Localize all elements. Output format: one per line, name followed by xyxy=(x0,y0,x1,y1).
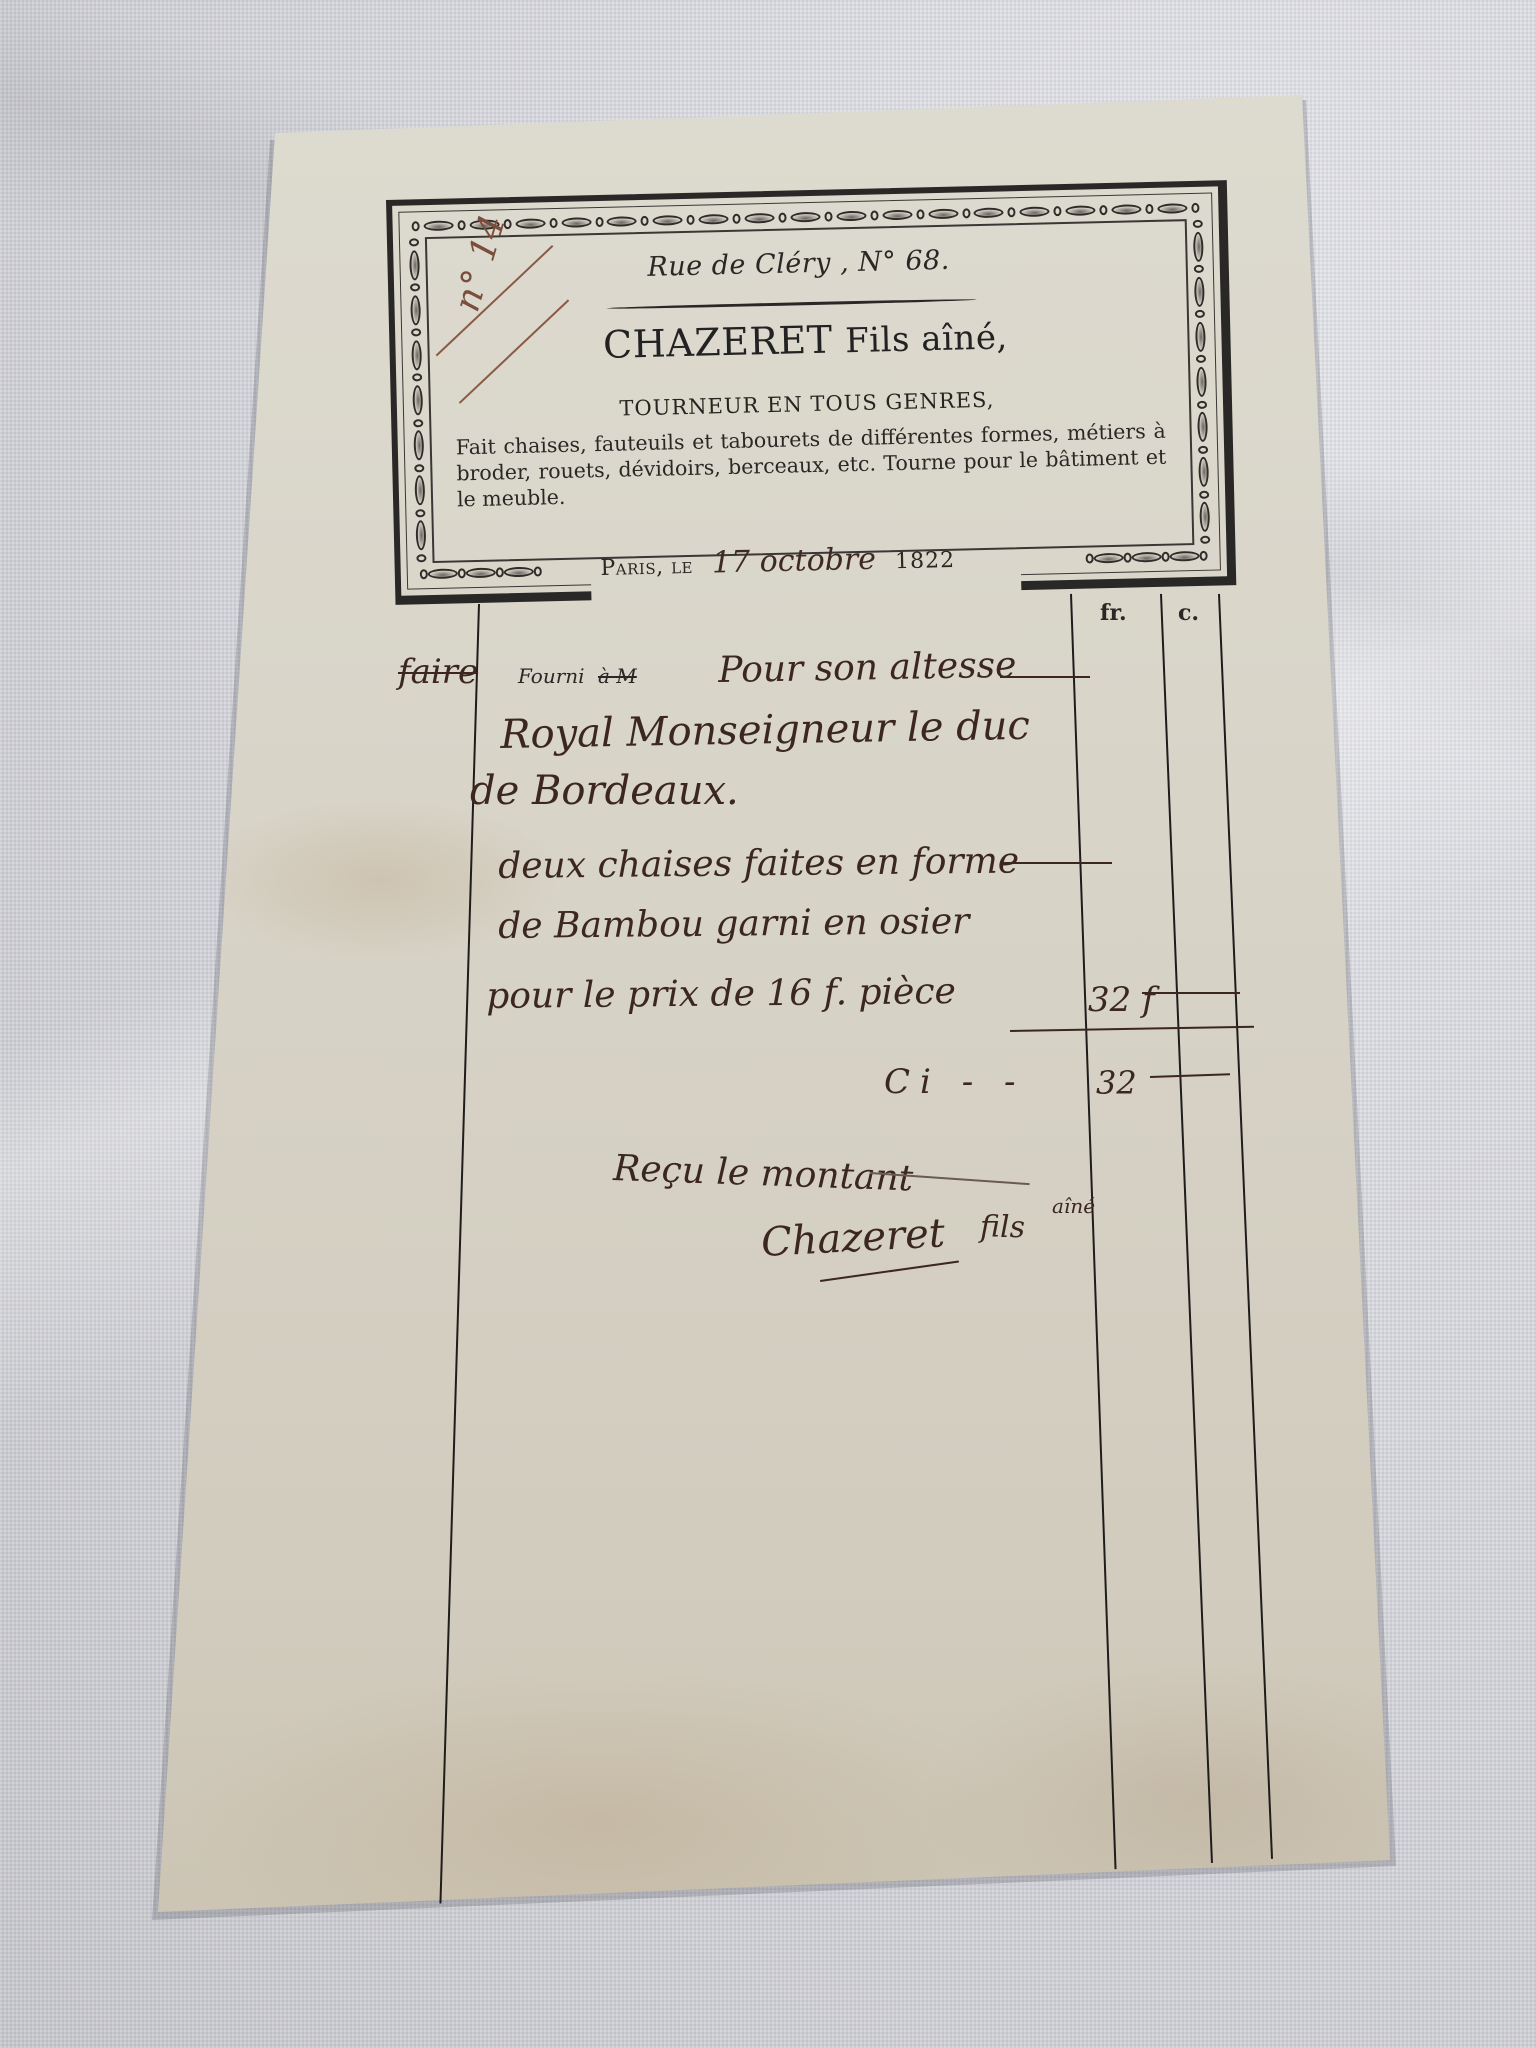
bead-col-left xyxy=(408,238,428,562)
printed-label-fourni: Fourni xyxy=(518,664,585,688)
total-dash xyxy=(1150,1073,1230,1078)
line-1-flourish xyxy=(1000,676,1090,678)
body-line-2: Royal Monseigneur le duc xyxy=(500,703,1030,758)
year: 1822 xyxy=(895,548,956,574)
city-label: Paris, le xyxy=(600,554,693,581)
francs-column-rule-left xyxy=(1070,594,1117,1869)
signature: Chazeret xyxy=(760,1210,946,1266)
total-label: Ci - - xyxy=(884,1062,1025,1102)
bead-col-right xyxy=(1192,220,1212,544)
body-line-4: deux chaises faites en forme xyxy=(498,841,1019,887)
centimes-column-header: c. xyxy=(1178,600,1199,626)
subtotal-rule xyxy=(1010,1026,1254,1032)
body-line-1: Pour son altesse xyxy=(718,645,1017,691)
signature-suffix: fils xyxy=(980,1210,1025,1245)
merchant-surname: CHAZERET xyxy=(603,318,833,367)
date-handwritten: 17 octobre xyxy=(712,542,877,581)
francs-column-header: fr. xyxy=(1100,600,1127,626)
printed-label-struck: à M xyxy=(598,664,637,688)
body-line-5: de Bambou garni en osier xyxy=(498,901,970,947)
francs-column-rule-right xyxy=(1160,594,1213,1863)
total-amount: 32 xyxy=(1096,1064,1137,1102)
body-line-6: pour le prix de 16 f. pièce xyxy=(486,971,956,1017)
line-4-flourish xyxy=(1000,862,1112,864)
struck-word: faire xyxy=(398,652,478,692)
body-line-3: de Bordeaux. xyxy=(470,768,739,814)
signature-superscript: aîné xyxy=(1052,1194,1095,1218)
receipt-text: Reçu le montant xyxy=(613,1148,914,1199)
merchant-suffix: Fils aîné, xyxy=(845,317,1008,361)
merchant-description: Fait chaises, fauteuils et tabourets de … xyxy=(456,418,1168,513)
line-amount: 32 f xyxy=(1088,980,1155,1020)
amount-dash xyxy=(1142,992,1240,994)
signature-flourish xyxy=(820,1261,959,1282)
invoice-content: n° 14 Rue de Cléry , N° 68. CHAZERET Fil… xyxy=(0,0,1536,2048)
centimes-column-rule-right xyxy=(1218,594,1273,1859)
letterhead-frame: n° 14 Rue de Cléry , N° 68. CHAZERET Fil… xyxy=(386,180,1236,605)
